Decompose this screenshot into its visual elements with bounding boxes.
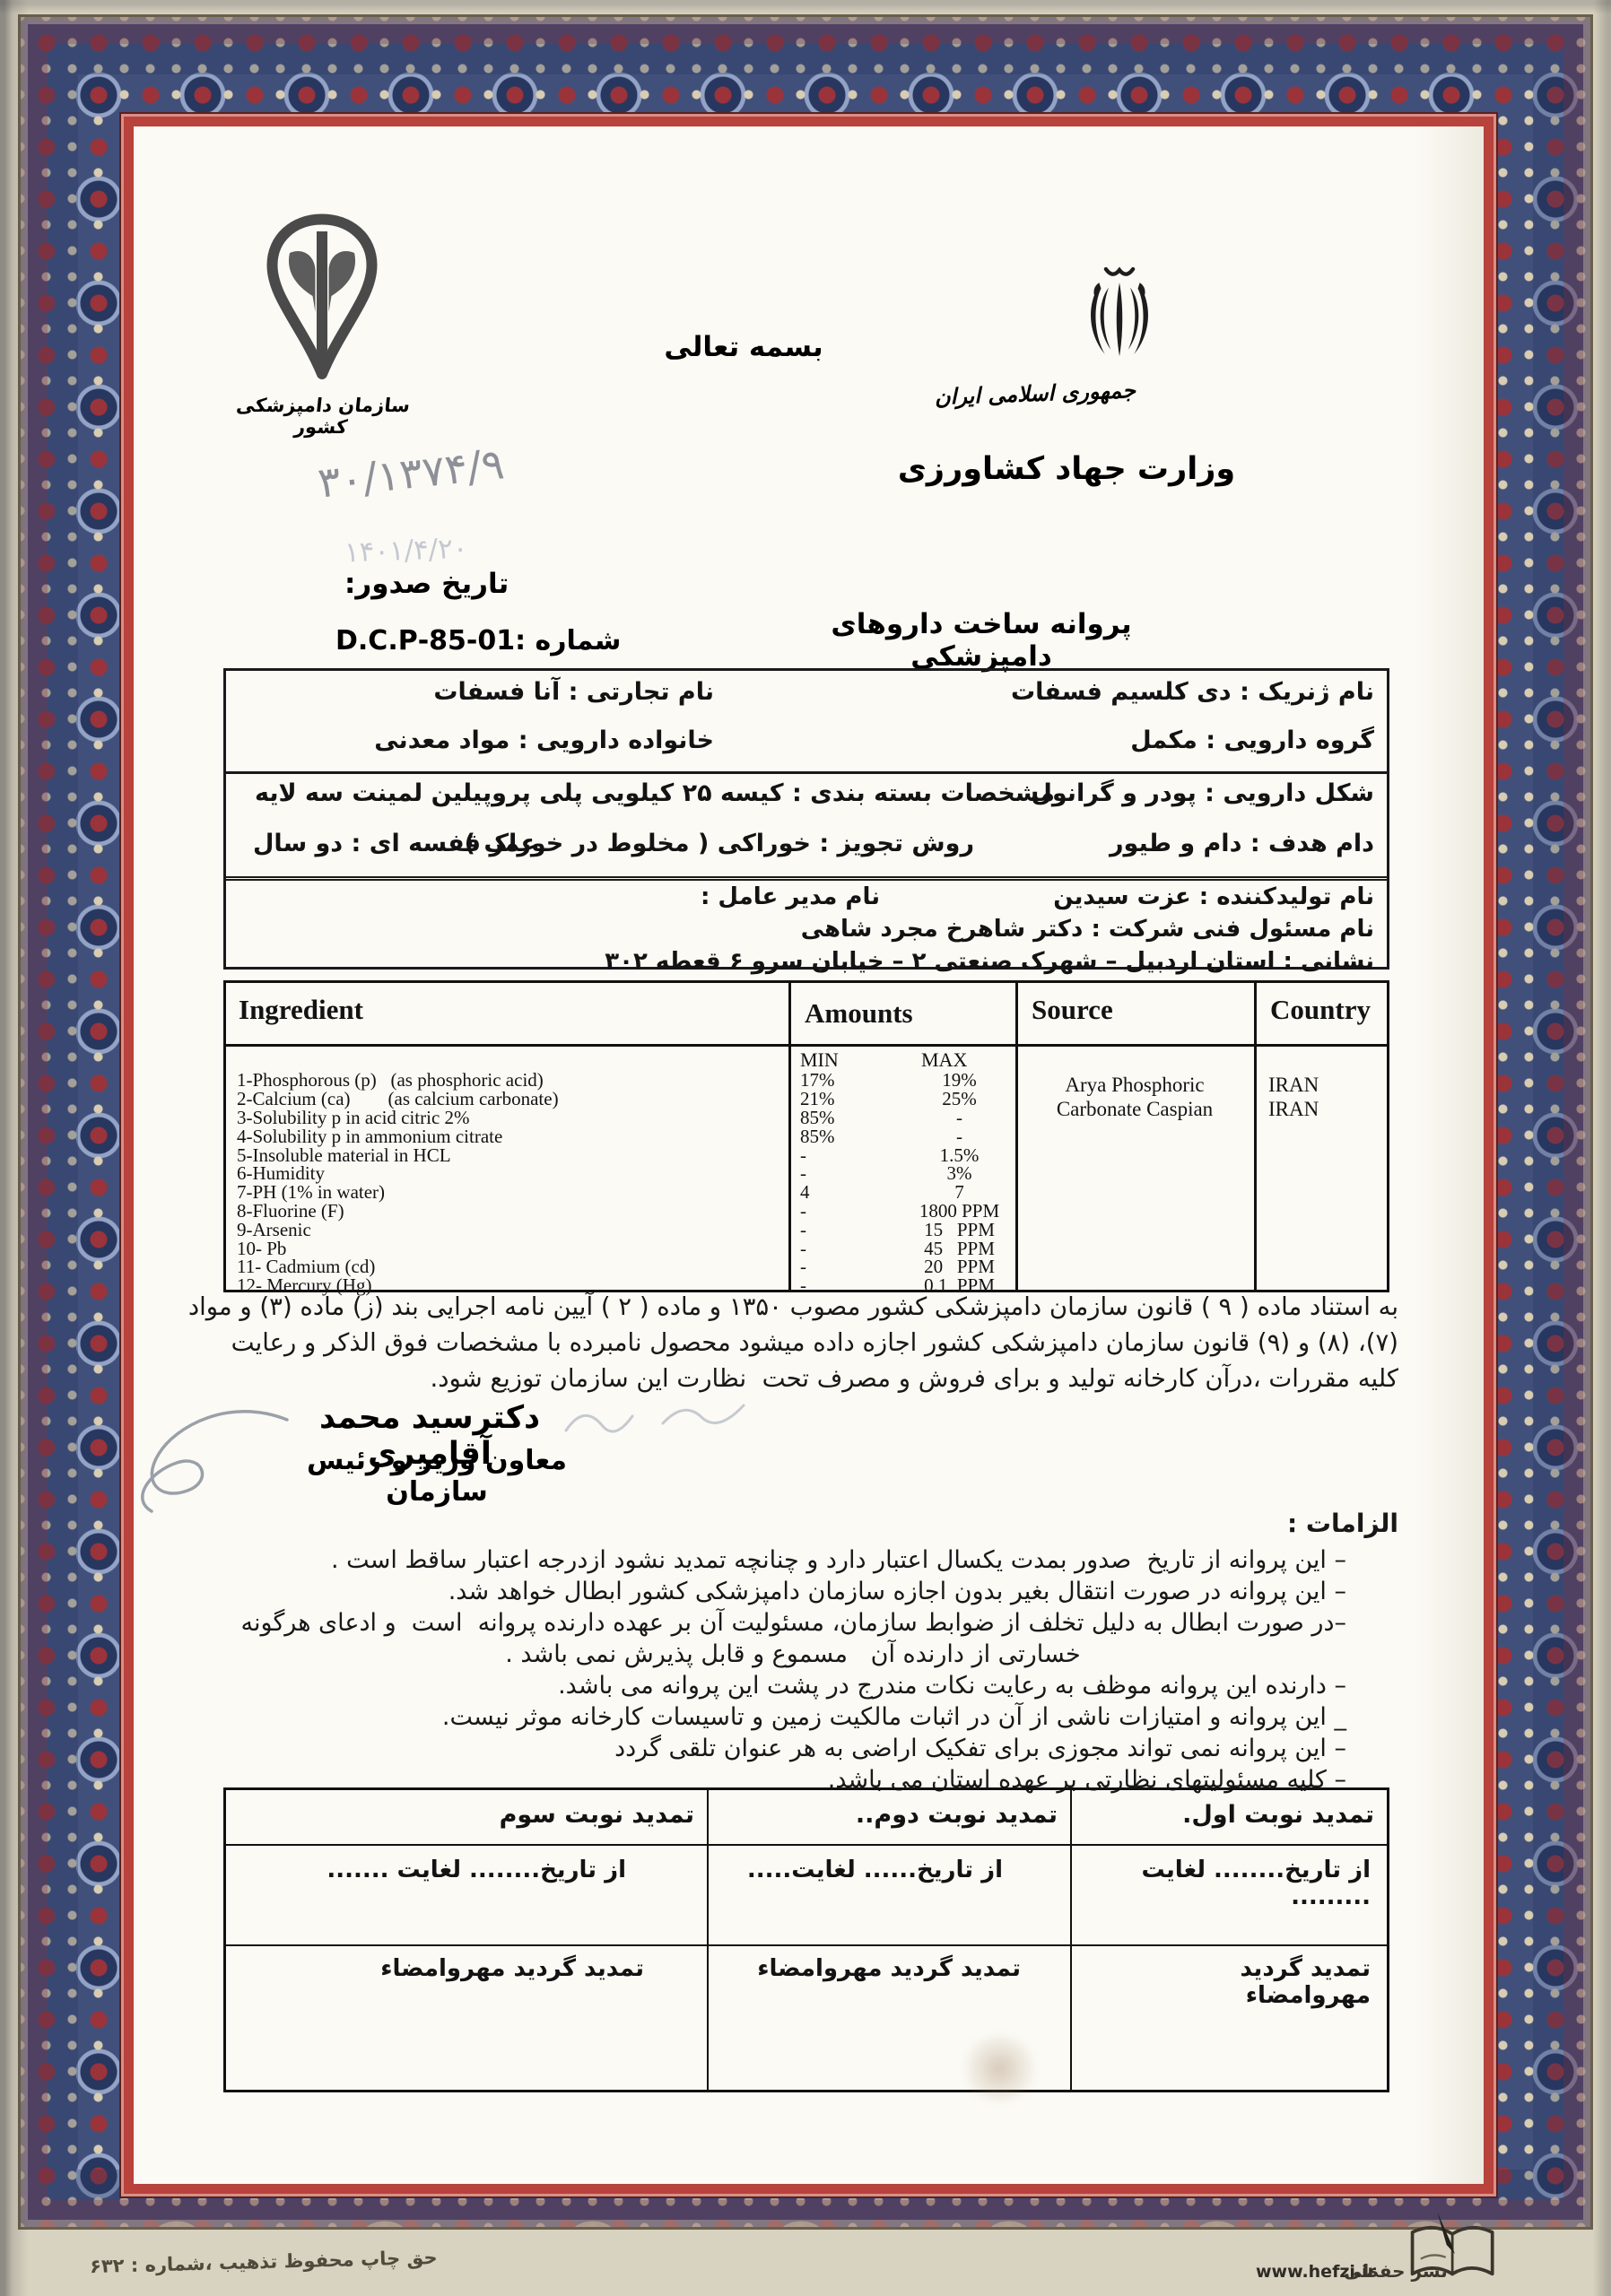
target-animal: دام هدف : دام و طیور [1110,830,1374,857]
col-header-ingredient: Ingredient [239,994,363,1026]
bismillah-text: بسمه تعالی [609,331,878,363]
source-cell: Arya Phosphoric Carbonate Caspian [1017,1073,1252,1121]
legal-line: (۷)، (۸) و (۹) قانون سازمان دامپزشکی کشو… [147,1325,1398,1361]
requirement-item: خسارتی از دارنده آن مسموع و قابل پذیرش ن… [187,1639,1398,1670]
info-row-producer: نام تولیدکننده : عزت سیدین نام مدیر عامل… [226,876,1387,967]
technical-manager: نام مسئول فنی شرکت : دکتر شاهرخ مجرد شاه… [801,916,1374,943]
copyright-note: حق چاپ محفوظ تذهیب ،شماره : ۶۳۲ [90,2247,438,2277]
requirement-item: – این پروانه نمی تواند مجوزی برای تفکیک … [187,1733,1398,1764]
vet-org-logo-caption: سازمان دامپزشکی کشور [225,395,418,438]
source-line: Arya Phosphoric [1017,1073,1252,1097]
renewal-stamp-first: تمدید گردید مهروامضاء [1072,1946,1387,2090]
signatory-title: معاون وزیر و رئیس سازمان [275,1445,598,1508]
requirement-item: –در صورت ابطال به دلیل تخلف از ضوابط ساز… [187,1607,1398,1639]
shelf-life: عمر قفسه ای : دو سال [253,830,537,857]
product-info-table: نام ژنریک : دی کلسیم فسفات نام تجارتی : … [223,668,1389,970]
renewal-dates-third: از تاریخ........ لغایت ....... [226,1846,709,1946]
legal-line: به استناد ماده ( ۹ ) قانون سازمان دامپزش… [147,1289,1398,1325]
ingredient-row: 7-PH (1% in water)47 [226,1181,1387,1201]
packaging-spec: مشخصات بسته بندی : کیسه ۲۵ کیلویی پلی پر… [255,779,1055,807]
handwritten-date-stamp: ۱۴۰۱/۴/۲۰ [344,533,468,570]
license-title: پروانه ساخت داروهای دامپزشکی [762,608,1201,673]
renewal-header-first: تمدید نوبت اول. [1072,1790,1387,1846]
country-cell: IRAN IRAN [1268,1073,1319,1121]
vet-org-logo: سازمان دامپزشکی کشور [228,212,416,438]
renewal-dates-second: از تاریخ...... لغایت..... [709,1846,1072,1946]
ingredient-row: 9-Arsenic-15 PPM [226,1219,1387,1239]
ingredient-row: 8-Fluorine (F)-1800 PPM [226,1200,1387,1220]
vet-org-shield-icon [255,212,389,391]
ingredient-row: 11- Cadmium (cd)-20 PPM [226,1256,1387,1275]
paper-stain [957,2035,1042,2102]
requirements-heading: الزامات : [187,1506,1398,1542]
info-row-names: نام ژنریک : دی کلسیم فسفات نام تجارتی : … [226,671,1387,771]
country-line: IRAN [1268,1097,1319,1121]
issue-date-label: تاریخ صدور: [344,568,509,600]
trade-name: نام تجارتی : آنا فسفات [433,678,714,706]
requirement-item: – دارنده این پروانه موظف به رعایت نکات م… [187,1670,1398,1701]
ministry-title: وزارت جهاد کشاورزی [887,451,1246,487]
drug-family: خانواده دارویی : مواد معدنی [374,726,714,754]
publisher-book-icon [1396,2206,1512,2292]
requirement-item: – این پروانه در صورت انتقال بغیر بدون اج… [187,1576,1398,1607]
ceo-label: نام مدیر عامل : [701,883,880,910]
renewal-stamp-third: تمدید گردید مهروامضاء [226,1946,709,2090]
iran-emblem-icon [1071,263,1168,372]
renewal-header-third: تمدید نوبت سوم [226,1790,709,1846]
handwritten-number: ۳۰/۱۳۷۴/۹ [316,439,507,508]
header-divider [226,1044,1387,1047]
administration-route: روش تجویز : خوراکی ( مخلوط در خوراک ) [465,830,974,857]
renewal-dates-first: از تاریخ........ لغایت ......... [1072,1846,1387,1946]
ingredients-table: Ingredient Amounts Source Country MIN MA… [223,980,1389,1292]
certificate-paper: سازمان دامپزشکی کشور بسمه تعالی جمهوری ا… [134,126,1484,2184]
renewal-header-second: تمدید نوبت دوم.. [709,1790,1072,1846]
col-header-amounts: Amounts [805,997,913,1030]
legal-line: کلیه مقررات ،درآن کارخانه تولید و برای ف… [147,1361,1398,1396]
generic-name: نام ژنریک : دی کلسیم فسفات [1011,678,1374,706]
producer-address: نشانی : استان اردبیل – شهرک صنعتی ۲ – خی… [605,948,1374,975]
drug-group: گروه دارویی : مکمل [1130,726,1374,754]
col-header-source: Source [1032,994,1113,1026]
ingredient-row: 6-Humidity-3% [226,1162,1387,1182]
dosage-form: شکل دارویی : پودر و گرانول [1031,779,1374,807]
requirements-section: الزامات : – این پروانه از تاریخ صدور بمد… [187,1506,1398,1796]
col-header-country: Country [1270,994,1371,1026]
serial-number: شماره :01-85-D.C.P [335,625,621,657]
ingredient-row: 4-Solubility p in ammonium citrate85%- [226,1126,1387,1145]
source-line: Carbonate Caspian [1017,1097,1252,1121]
renewal-table: تمدید نوبت سوم تمدید نوبت دوم.. تمدید نو… [223,1787,1389,2092]
info-row-form: شکل دارویی : پودر و گرانول مشخصات بسته ب… [226,771,1387,876]
ingredient-row: 5-Insoluble material in HCL-1.5% [226,1144,1387,1164]
stamp-signature-label: مهروامضاء [1246,1982,1371,2009]
requirement-item: – این پروانه از تاریخ صدور بمدت یکسال اع… [187,1544,1398,1576]
republic-caption: جمهوری اسلامی ایران [856,375,1215,413]
requirement-item: _ این پروانه و امتیازات ناشی از آن در اث… [187,1701,1398,1733]
country-line: IRAN [1268,1073,1319,1097]
renewed-label: تمدید گردید [1241,1955,1371,1982]
legal-paragraph: به استناد ماده ( ۹ ) قانون سازمان دامپزش… [147,1289,1398,1396]
producer-name: نام تولیدکننده : عزت سیدین [1053,883,1374,910]
ingredient-row: 10- Pb-45 PPM [226,1238,1387,1257]
red-frame: سازمان دامپزشکی کشور بسمه تعالی جمهوری ا… [119,112,1498,2198]
